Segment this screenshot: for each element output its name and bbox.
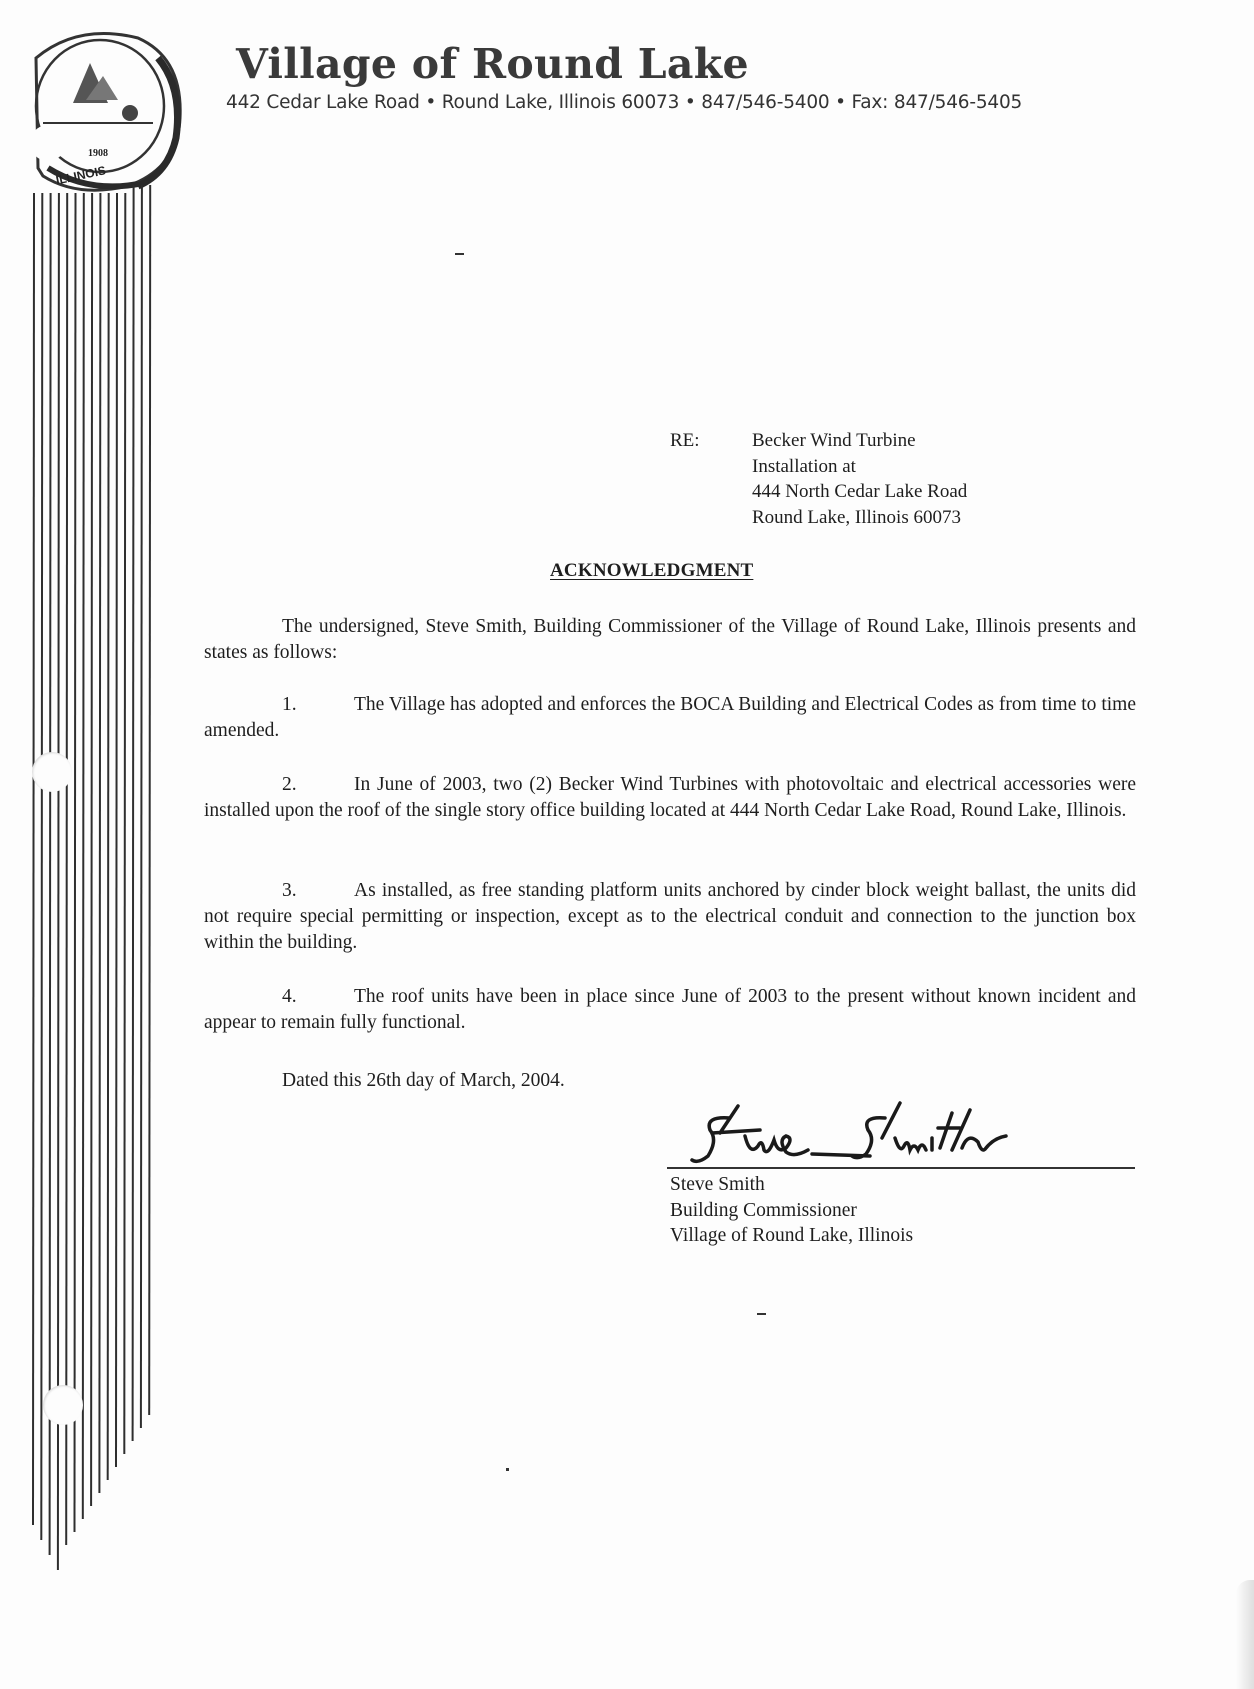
letter-page: 1908 ILLINOIS Village of Round Lake 442 … [0, 0, 1254, 1689]
scan-speck [757, 1313, 766, 1315]
signer-organization: Village of Round Lake, Illinois [670, 1223, 913, 1249]
signature-line [667, 1167, 1135, 1169]
item-paragraph: 4.The roof units have been in place sinc… [204, 984, 1136, 1036]
re-line: 444 North Cedar Lake Road [752, 479, 967, 505]
re-line: Becker Wind Turbine [752, 428, 967, 454]
punch-hole [43, 1385, 83, 1425]
item-number: 4. [282, 984, 354, 1010]
handwritten-signature: Steve Smith [690, 1098, 1030, 1170]
item-paragraph: 2.In June of 2003, two (2) Becker Wind T… [204, 772, 1136, 824]
re-lines: Becker Wind Turbine Installation at 444 … [752, 428, 967, 530]
dated-line: Dated this 26th day of March, 2004. [282, 1070, 565, 1092]
letterhead-title: Village of Round Lake [236, 40, 749, 88]
item-number: 3. [282, 878, 354, 904]
item-number: 1. [282, 692, 354, 718]
signature-block: Steve Smith Building Commissioner Villag… [670, 1172, 913, 1249]
decorative-stripes [30, 185, 160, 1585]
scan-speck [506, 1468, 509, 1471]
signer-name: Steve Smith [670, 1172, 913, 1198]
signer-title: Building Commissioner [670, 1198, 913, 1224]
village-seal-icon: 1908 ILLINOIS [18, 28, 183, 193]
item-paragraph: 1.The Village has adopted and enforces t… [204, 692, 1136, 744]
re-line: Installation at [752, 454, 967, 480]
re-line: Round Lake, Illinois 60073 [752, 505, 967, 531]
scan-speck [455, 253, 464, 255]
page-edge-shadow [1236, 1580, 1254, 1689]
item-paragraph: 3.As installed, as free standing platfor… [204, 878, 1136, 956]
intro-paragraph: The undersigned, Steve Smith, Building C… [204, 614, 1136, 666]
intro-text: The undersigned, Steve Smith, Building C… [204, 616, 1136, 663]
item-number: 2. [282, 772, 354, 798]
letterhead-address: 442 Cedar Lake Road • Round Lake, Illino… [226, 92, 1022, 113]
punch-hole [32, 752, 72, 792]
document-heading: ACKNOWLEDGMENT [550, 560, 753, 582]
re-label: RE: [670, 428, 700, 454]
svg-text:1908: 1908 [88, 148, 108, 159]
